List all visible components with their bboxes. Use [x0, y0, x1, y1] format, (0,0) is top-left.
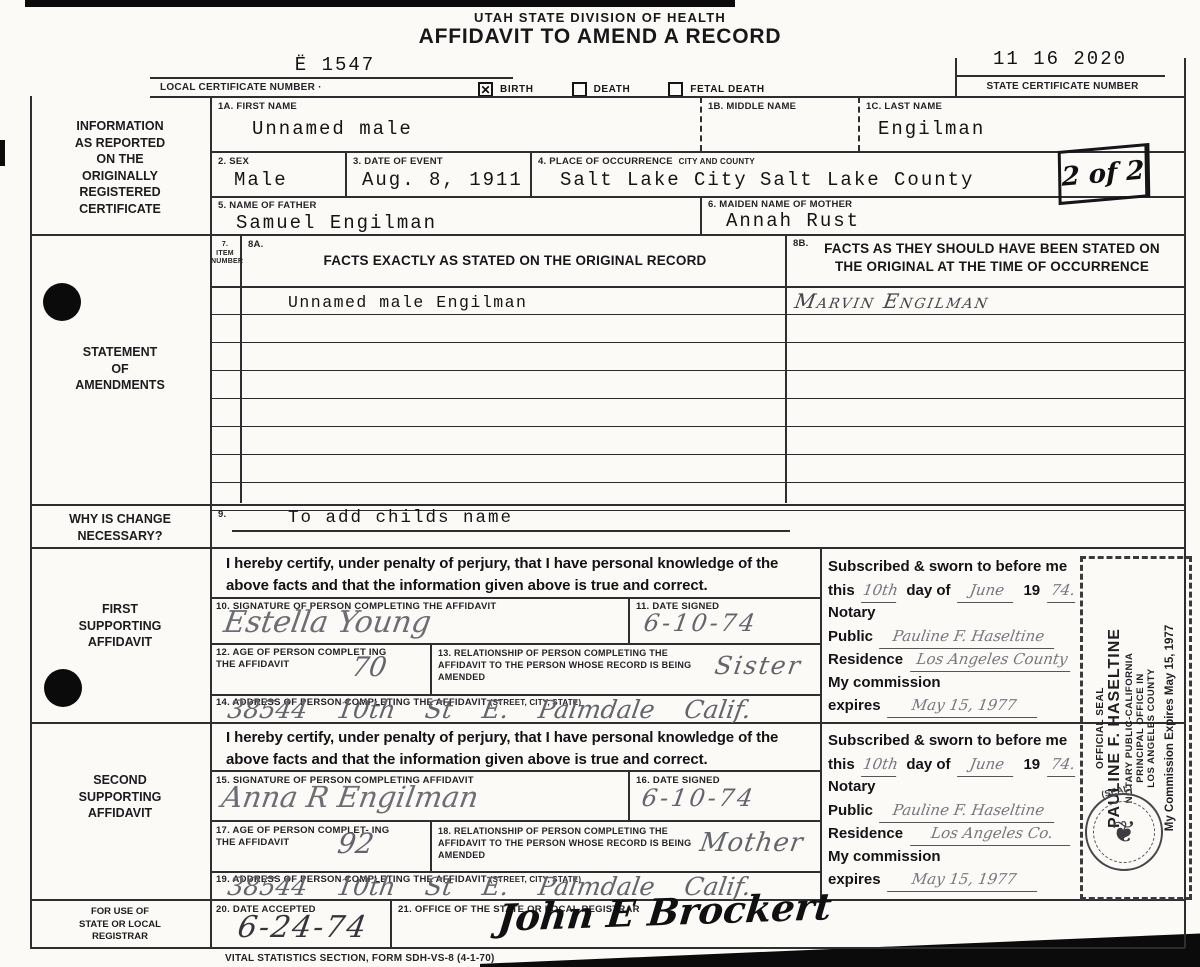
amendment-row	[210, 343, 1185, 371]
notary-stamp-line: OFFICIAL SEAL	[1095, 687, 1106, 769]
age2-value: 92	[335, 827, 376, 860]
address1-value: 38544 10th St E. Palmdale Calif.	[226, 695, 754, 724]
sex-label: 2. SEX	[218, 156, 249, 167]
relationship2-value: Mother	[698, 828, 806, 858]
amendment-row	[210, 399, 1185, 427]
section-label-reason: WHY IS CHANGE NECESSARY?	[30, 511, 210, 544]
notary2-expires-label: expires	[828, 871, 881, 888]
section-label-affidavit2: SECOND SUPPORTING AFFIDAVIT	[30, 772, 210, 822]
date-signed2-value: 6-10-74	[640, 784, 758, 812]
checkbox-icon	[572, 82, 587, 97]
last-name-label: 1C. LAST NAME	[866, 101, 942, 112]
hole-punch-dot	[44, 669, 82, 707]
notary2-year-value: 74.	[1047, 753, 1079, 777]
col-8b-title: FACTS AS THEY SHOULD HAVE BEEN STATED ON…	[812, 240, 1172, 275]
middle-name-label: 1B. MIDDLE NAME	[708, 101, 796, 112]
notary2-year-prefix: 19	[1023, 756, 1040, 773]
checkbox-checked-icon: ✕	[478, 82, 493, 97]
amendment-row	[210, 427, 1185, 455]
notary2-expires-line: expires May 15, 1977	[828, 868, 1080, 892]
col-8a-number: 8A.	[248, 239, 264, 250]
notary1-this-label: this	[828, 582, 855, 599]
record-type-label: FETAL DEATH	[690, 84, 764, 95]
date-accepted-value: 6-24-74	[235, 910, 370, 945]
father-name-label: 5. NAME OF FATHER	[218, 200, 317, 211]
scan-artifact-top-strip	[25, 0, 735, 7]
notary-stamp-line: LOS ANGELES COUNTY	[1146, 668, 1157, 788]
local-certificate-label: LOCAL CERTIFICATE NUMBER ·	[160, 82, 322, 93]
amendment-row	[210, 371, 1185, 399]
first-name-label: 1A. FIRST NAME	[218, 101, 297, 112]
notary2-dayof-label: day of	[906, 756, 950, 773]
form-number-footer: VITAL STATISTICS SECTION, FORM SDH-VS-8 …	[225, 953, 495, 964]
local-certificate-number: Ë 1547	[170, 54, 500, 76]
date-signed1-value: 6-10-74	[642, 609, 760, 637]
place-sublabel: CITY AND COUNTY	[679, 157, 755, 166]
record-type-death: DEATH	[572, 82, 631, 97]
notary1-expires-label: expires	[828, 697, 881, 714]
amendments-table: Unnamed male EngilmanMarvin Engilman	[210, 287, 1185, 511]
notary2-month-value: June	[957, 753, 1017, 777]
notary2-date-line: this 10th day of June 19 74.	[828, 753, 1080, 777]
checkbox-icon	[668, 82, 683, 97]
amendment-original-value: Unnamed male Engilman	[288, 293, 527, 312]
notary-stamp-line: PRINCIPAL OFFICE IN	[1135, 673, 1146, 782]
certify-text-1: I hereby certify, under penalty of perju…	[226, 553, 814, 596]
certify-text-2: I hereby certify, under penalty of perju…	[226, 727, 814, 770]
place-city-value: Salt Lake City	[560, 169, 748, 191]
place-county-value: Salt Lake County	[760, 169, 974, 191]
notary1-day-value: 10th	[861, 579, 900, 603]
amendment-row	[210, 483, 1185, 511]
notary1-commission-label: My commission	[828, 672, 1080, 695]
notary1-expires-value: May 15, 1977	[887, 694, 1041, 718]
hole-punch-dot	[43, 283, 81, 321]
notary2-expires-value: May 15, 1977	[887, 868, 1041, 892]
affidavit-document: UTAH STATE DIVISION OF HEALTH AFFIDAVIT …	[0, 0, 1200, 967]
state-certificate-number: 11 16 2020	[960, 48, 1160, 70]
section-label-affidavit1: FIRST SUPPORTING AFFIDAVIT	[30, 601, 210, 651]
reason-value: To add childs name	[288, 508, 513, 528]
record-type-checkboxes: ✕BIRTHDEATHFETAL DEATH	[478, 82, 765, 97]
father-name-value: Samuel Engilman	[236, 212, 437, 234]
notary2-public-label: Public	[828, 802, 873, 819]
section-label-registrar: FOR USE OF STATE OR LOCAL REGISTRAR	[30, 906, 210, 944]
scan-artifact-left-mark	[0, 140, 5, 166]
notary1-month-value: June	[957, 579, 1017, 603]
notary2-residence-label: Residence	[828, 825, 903, 842]
relationship2-label: 18. RELATIONSHIP OF PERSON COMPLETING TH…	[438, 825, 708, 861]
page-title: AFFIDAVIT TO AMEND A RECORD	[330, 25, 870, 49]
notary1-expires-line: expires May 15, 1977	[828, 694, 1080, 718]
notary-block-1: Subscribed & sworn to before me this 10t…	[828, 556, 1080, 718]
date-of-event-label: 3. DATE OF EVENT	[353, 156, 443, 167]
notary1-residence-line: Residence Los Angeles County	[828, 648, 1080, 672]
record-type-label: BIRTH	[500, 84, 534, 95]
notary1-residence-value: Los Angeles County	[910, 648, 1074, 672]
first-name-value: Unnamed male	[252, 118, 413, 140]
age1-value: 70	[350, 652, 389, 683]
notary1-name-value: Pauline F. Haseltine	[880, 625, 1059, 649]
notary-stamp-line: NOTARY PUBLIC-CALIFORNIA	[1124, 653, 1135, 804]
place-of-occurrence-label: 4. PLACE OF OCCURRENCE CITY AND COUNTY	[538, 156, 755, 167]
amendment-row	[210, 455, 1185, 483]
amendment-row	[210, 315, 1185, 343]
notary-block-2: Subscribed & sworn to before me this 10t…	[828, 730, 1080, 892]
notary2-notary-label: Notary	[828, 776, 1080, 799]
notary2-this-label: this	[828, 756, 855, 773]
notary2-name-value: Pauline F. Haseltine	[880, 799, 1059, 823]
notary1-year-value: 74.	[1047, 579, 1079, 603]
mother-name-value: Annah Rust	[726, 210, 860, 232]
notary1-notary-label: Notary	[828, 602, 1080, 625]
section-label-original-info: INFORMATION AS REPORTED ON THE ORIGINALL…	[30, 118, 210, 217]
notary2-day-value: 10th	[861, 753, 900, 777]
agency-name: UTAH STATE DIVISION OF HEALTH	[380, 10, 820, 25]
notary1-intro: Subscribed & sworn to before me	[828, 556, 1080, 579]
item-number-column-header: 7. ITEM NUMBER	[211, 241, 239, 267]
notary1-year-prefix: 19	[1023, 582, 1040, 599]
notary2-public-line: Public Pauline F. Haseltine	[828, 799, 1080, 823]
notary2-intro: Subscribed & sworn to before me	[828, 730, 1080, 753]
notary1-public-label: Public	[828, 628, 873, 645]
notary1-residence-label: Residence	[828, 651, 903, 668]
notary2-residence-line: Residence Los Angeles Co.	[828, 822, 1080, 846]
state-seal-icon: ❦	[1085, 793, 1163, 871]
notary-stamp-commission-line: My Commission Expires May 15, 1977	[1164, 625, 1176, 831]
page-number-stamp: 2 of 2	[1058, 143, 1151, 205]
record-type-label: DEATH	[594, 84, 631, 95]
amendment-corrected-value: Marvin Engilman	[793, 289, 992, 313]
amendment-row: Unnamed male EngilmanMarvin Engilman	[210, 287, 1185, 315]
state-certificate-label: STATE CERTIFICATE NUMBER	[965, 81, 1160, 92]
signature1-value: Estella Young	[221, 605, 433, 640]
last-name-value: Engilman	[878, 118, 985, 140]
col-8b-number: 8B.	[793, 238, 809, 249]
reason-number: 9.	[218, 509, 226, 520]
relationship1-value: Sister	[713, 651, 804, 680]
record-type-birth: ✕BIRTH	[478, 82, 534, 97]
notary1-dayof-label: day of	[906, 582, 950, 599]
section-label-amendments: STATEMENT OF AMENDMENTS	[30, 344, 210, 394]
signature2-value: Anna R Engilman	[219, 780, 481, 814]
mother-name-label: 6. MAIDEN NAME OF MOTHER	[708, 199, 852, 210]
col-8a-title: FACTS EXACTLY AS STATED ON THE ORIGINAL …	[260, 253, 770, 268]
relationship1-label: 13. RELATIONSHIP OF PERSON COMPLETING TH…	[438, 647, 708, 683]
notary2-residence-value: Los Angeles Co.	[910, 822, 1074, 846]
date-of-event-value: Aug. 8, 1911	[362, 169, 523, 191]
notary1-date-line: this 10th day of June 19 74.	[828, 579, 1080, 603]
notary2-commission-label: My commission	[828, 846, 1080, 869]
record-type-fetal-death: FETAL DEATH	[668, 82, 764, 97]
sex-value: Male	[234, 169, 288, 191]
seal-emblem-icon: ❦	[1111, 815, 1136, 850]
notary1-public-line: Public Pauline F. Haseltine	[828, 625, 1080, 649]
